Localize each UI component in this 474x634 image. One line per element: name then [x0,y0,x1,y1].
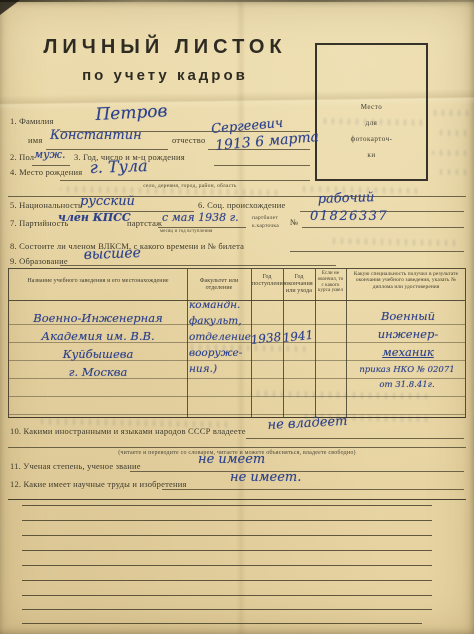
blank-rule-line [22,535,432,536]
table-header-specialty: Какую специальность получил в результате… [349,271,463,290]
rule-line [214,165,310,166]
field-label-party-card-2: к.карточка [252,223,279,229]
bleed-through-marks [435,130,469,137]
field-label-degree: 11. Ученая степень, ученое звание [10,461,141,471]
table-header-course-left: Если не окончил, то с какого курса ушел [316,271,345,294]
table-header-faculty: Факультет или отделение [191,278,247,292]
table-cell-specialty-bottom: приказ НКО № 02071 от 31.8.41г. [345,363,469,393]
table-cell-specialty-mid: механик [349,343,467,361]
field-value-nationality: русский [80,194,135,209]
table-cell-specialty-top: Военный инженер- [349,307,467,343]
field-hint-party-since: месяц и год вступления [160,229,213,234]
blank-rule-line [22,520,432,521]
field-label-sex: 2. Пол [10,152,34,162]
bleed-through-marks [433,110,471,117]
field-label-party-card-1: партбилет [252,215,278,221]
rule-line [60,265,336,266]
blank-rule-line [22,505,432,506]
field-value-first-name: Константин [50,128,142,143]
field-label-works: 12. Какие имеет научные труды и изобрете… [10,479,187,489]
field-value-surname: Петров [95,101,168,125]
field-label-languages: 10. Какими иностранными и языками народо… [10,426,246,436]
field-label-birthplace: 4. Место рождения [10,167,82,177]
personnel-record-form-scan: ЛИЧНЫЙ ЛИСТОК по учету кадров Место для … [0,0,474,634]
field-label-patronymic: отчество [172,135,205,145]
table-cell-faculty: командн. факульт, отделение вооруже- ния… [189,297,249,377]
blank-rule-line [22,565,432,566]
blank-rule-line [22,623,422,624]
table-cell-year-leave: 1941 [281,326,315,347]
table-header-year-enter: Год поступления [252,274,282,288]
form-title: ЛИЧНЫЙ ЛИСТОК [0,36,330,59]
scan-corner-fold [0,0,20,15]
rule-line [32,165,70,166]
photo-placeholder-box: Место для фотокарточ- ки [315,43,428,181]
field-value-birthplace: г. Тула [89,156,148,177]
rule-line [246,438,464,439]
rule-line [162,489,464,490]
rule-line [8,196,466,197]
blank-rule-line [22,550,432,551]
table-header-year-leave: Год окончания или ухода [284,274,314,295]
bleed-through-marks [436,169,469,176]
field-value-party: член КПСС [58,211,131,224]
section-divider [8,499,466,500]
field-value-sex: муж. [34,148,66,161]
field-value-party-card-number: 01826337 [310,209,388,224]
field-value-works: не имеет. [230,470,301,485]
rule-line [60,180,310,181]
table-header-institution: Название учебного заведения и его местон… [15,278,181,285]
blank-rule-line [22,595,432,596]
field-label-surname: 1. Фамилия [10,116,54,126]
field-value-degree: не имеет [198,452,265,467]
table-cell-institution: Военно-Инженерная Академия им. В.В. Куйб… [15,309,181,381]
blank-rule-line [22,580,432,581]
bleed-through-marks [432,150,469,157]
rule-line [302,227,464,228]
field-label-nationality: 5. Национальность [10,200,82,210]
field-label-party-since: партстаж [127,218,162,228]
rule-line [290,251,464,252]
table-column-divider [187,269,188,417]
rule-line [8,447,466,448]
field-label-social-origin: 6. Соц. происхождение [198,200,285,210]
field-value-party-since: с мая 1938 г. [162,211,239,224]
bleed-through-marks [330,238,458,246]
form-subtitle: по учету кадров [0,67,330,84]
rule-line [158,227,246,228]
field-label-number-sign: № [290,217,298,227]
field-value-education: высшее [83,245,141,263]
blank-rule-line [22,609,432,610]
field-label-first-name: имя [28,135,42,145]
